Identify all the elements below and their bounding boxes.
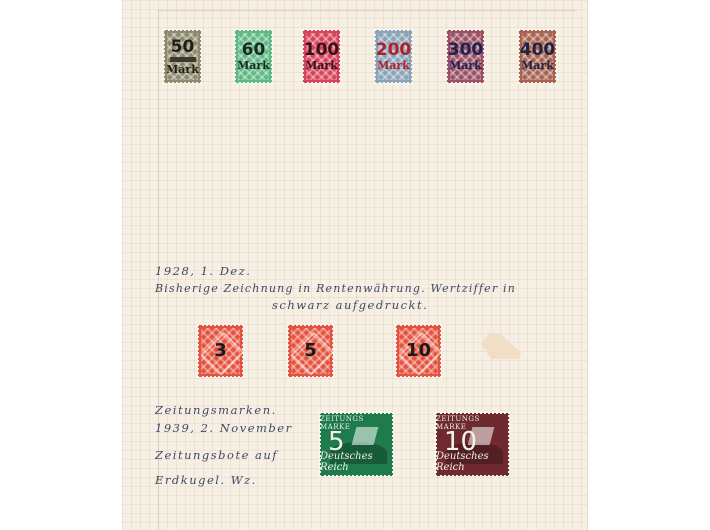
note2-date: 1939, 2. November (155, 421, 293, 435)
stamp-footer: Deutsches Reich (436, 451, 509, 473)
note1-description-cont: schwarz aufgedruckt. (272, 298, 428, 312)
stamp-unit: Mark (166, 64, 199, 75)
newspaper-stamp-5: ZEITUNGS MARKE5Deutsches Reich (320, 413, 393, 476)
note1-description: Bisherige Zeichnung in Rentenwährung. We… (155, 282, 516, 295)
stamp-unit: Mark (377, 60, 410, 71)
stamp-100-mark: 100Mark (303, 30, 340, 83)
stamp-value: 400 (520, 42, 556, 59)
stamp-value: 10 (406, 342, 431, 360)
stamp-unit: Mark (237, 60, 270, 71)
stamp-value: 300 (448, 42, 484, 59)
stamp-3: 3 (198, 325, 243, 377)
stamp-value: 100 (304, 42, 340, 59)
stamp-200-mark: 200Mark (375, 30, 412, 83)
overprint-bar (170, 57, 196, 62)
stamp-value: 50 (171, 39, 195, 56)
stamp-unit: Mark (305, 60, 338, 71)
stamp-50-mark: 50Mark (164, 30, 201, 83)
note2-title: Zeitungsmarken. (155, 403, 277, 417)
stamp-5: 5 (288, 325, 333, 377)
note2-description-cont: Erdkugel. Wz. (155, 473, 257, 487)
note2-description: Zeitungsbote auf (155, 448, 278, 462)
stamp-unit: Mark (449, 60, 482, 71)
stamp-300-mark: 300Mark (447, 30, 484, 83)
note1-date: 1928, 1. Dez. (155, 264, 251, 278)
newspaper-stamp-10: ZEITUNGS MARKE10Deutsches Reich (436, 413, 509, 476)
stamp-400-mark: 400Mark (519, 30, 556, 83)
stamp-60-mark: 60Mark (235, 30, 272, 83)
stamp-value: 200 (376, 42, 412, 59)
stamp-unit: Mark (521, 60, 554, 71)
stamp-value: 60 (242, 42, 266, 59)
stamp-value: 3 (214, 342, 227, 360)
stamp-10: 10 (396, 325, 441, 377)
stamp-footer: Deutsches Reich (320, 451, 393, 473)
stamp-value: 5 (304, 342, 317, 360)
